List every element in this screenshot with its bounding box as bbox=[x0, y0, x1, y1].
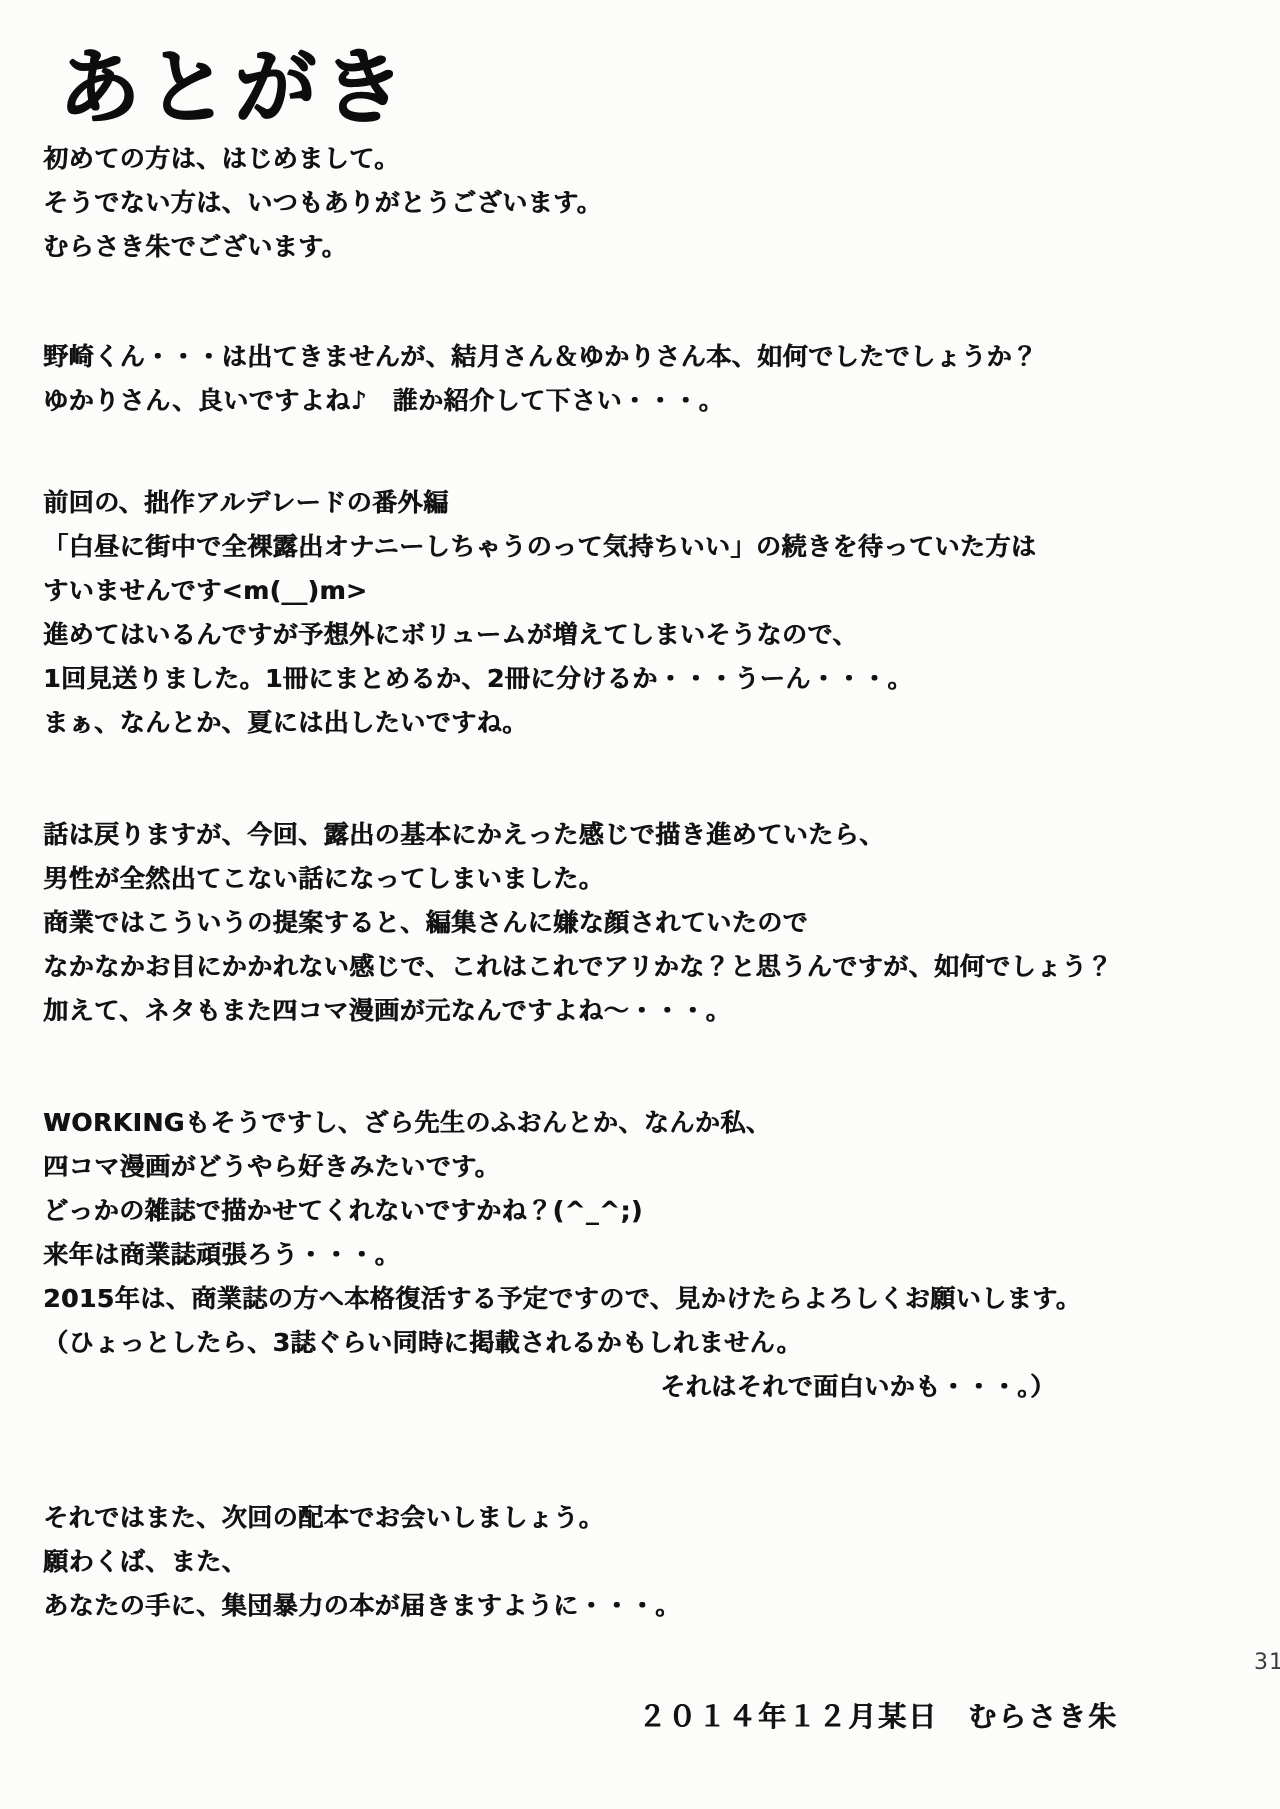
text-line: 2015年は、商業誌の方へ本格復活する予定ですので、見かけたらよろしくお願いしま… bbox=[43, 1277, 1260, 1321]
paragraph-yonkoma: WORKINGもそうですし、ざら先生のふおんとか、なんか私、 四コマ漫画がどうや… bbox=[43, 1101, 1260, 1409]
text-line: 男性が全然出てこない話になってしまいました。 bbox=[43, 857, 1260, 901]
text-line: なかなかお目にかかれない感じで、これはこれでアリかな？と思うんですが、如何でしょ… bbox=[43, 945, 1260, 989]
afterword-page: あとがき 初めての方は、はじめまして。 そうでない方は、いつもありがとうございま… bbox=[0, 0, 1280, 1809]
text-line: 1回見送りました。1冊にまとめるか、2冊に分けるか・・・うーん・・・。 bbox=[43, 657, 1260, 701]
text-line: 四コマ漫画がどうやら好きみたいです。 bbox=[43, 1145, 1260, 1189]
text-line: （ひょっとしたら、3誌ぐらい同時に掲載されるかもしれません。 bbox=[43, 1321, 1260, 1365]
text-line: あなたの手に、集団暴力の本が届きますように・・・。 bbox=[43, 1584, 1260, 1628]
text-line: 野崎くん・・・は出てきませんが、結月さん＆ゆかりさん本、如何でしたでしょうか？ bbox=[43, 335, 1260, 379]
text-line: 初めての方は、はじめまして。 bbox=[43, 137, 1260, 181]
text-line: すいませんです<m(__)m> bbox=[43, 569, 1260, 613]
text-line: 加えて、ネタもまた四コマ漫画が元なんですよね～・・・。 bbox=[43, 989, 1260, 1033]
text-line: まぁ、なんとか、夏には出したいですね。 bbox=[43, 701, 1260, 745]
date-signature: ２０１４年１２月某日 むらさき朱 bbox=[638, 1695, 1118, 1735]
paragraph-greeting: 初めての方は、はじめまして。 そうでない方は、いつもありがとうございます。 むら… bbox=[43, 137, 1260, 269]
text-line: 願わくば、また、 bbox=[43, 1540, 1260, 1584]
text-line: どっかの雑誌で描かせてくれないですかね？(^_^;) bbox=[43, 1189, 1260, 1233]
text-line: WORKINGもそうですし、ざら先生のふおんとか、なんか私、 bbox=[43, 1101, 1260, 1145]
text-line: それはそれで面白いかも・・・。） bbox=[660, 1365, 1260, 1409]
text-line: 商業ではこういうの提案すると、編集さんに嫌な顔されていたので bbox=[43, 901, 1260, 945]
text-line: 進めてはいるんですが予想外にボリュームが増えてしまいそうなので、 bbox=[43, 613, 1260, 657]
text-line: そうでない方は、いつもありがとうございます。 bbox=[43, 181, 1260, 225]
text-line: 「白昼に街中で全裸露出オナニーしちゃうのって気持ちいい」の続きを待っていた方は bbox=[43, 525, 1260, 569]
paragraph-current-work: 話は戻りますが、今回、露出の基本にかえった感じで描き進めていたら、 男性が全然出… bbox=[43, 813, 1260, 1033]
text-line: むらさき朱でございます。 bbox=[43, 225, 1260, 269]
paragraph-previous-work: 前回の、拙作アルデレードの番外編 「白昼に街中で全裸露出オナニーしちゃうのって気… bbox=[43, 481, 1260, 745]
text-line: 前回の、拙作アルデレードの番外編 bbox=[43, 481, 1260, 525]
page-title: あとがき bbox=[58, 22, 410, 139]
text-line: それではまた、次回の配本でお会いしましょう。 bbox=[43, 1496, 1260, 1540]
text-line: 話は戻りますが、今回、露出の基本にかえった感じで描き進めていたら、 bbox=[43, 813, 1260, 857]
page-number: 31 bbox=[1254, 1650, 1280, 1675]
text-line: 来年は商業誌頑張ろう・・・。 bbox=[43, 1233, 1260, 1277]
text-line: ゆかりさん、良いですよね♪ 誰か紹介して下さい・・・。 bbox=[43, 379, 1260, 423]
paragraph-characters: 野崎くん・・・は出てきませんが、結月さん＆ゆかりさん本、如何でしたでしょうか？ … bbox=[43, 335, 1260, 423]
paragraph-farewell: それではまた、次回の配本でお会いしましょう。 願わくば、また、 あなたの手に、集… bbox=[43, 1496, 1260, 1628]
